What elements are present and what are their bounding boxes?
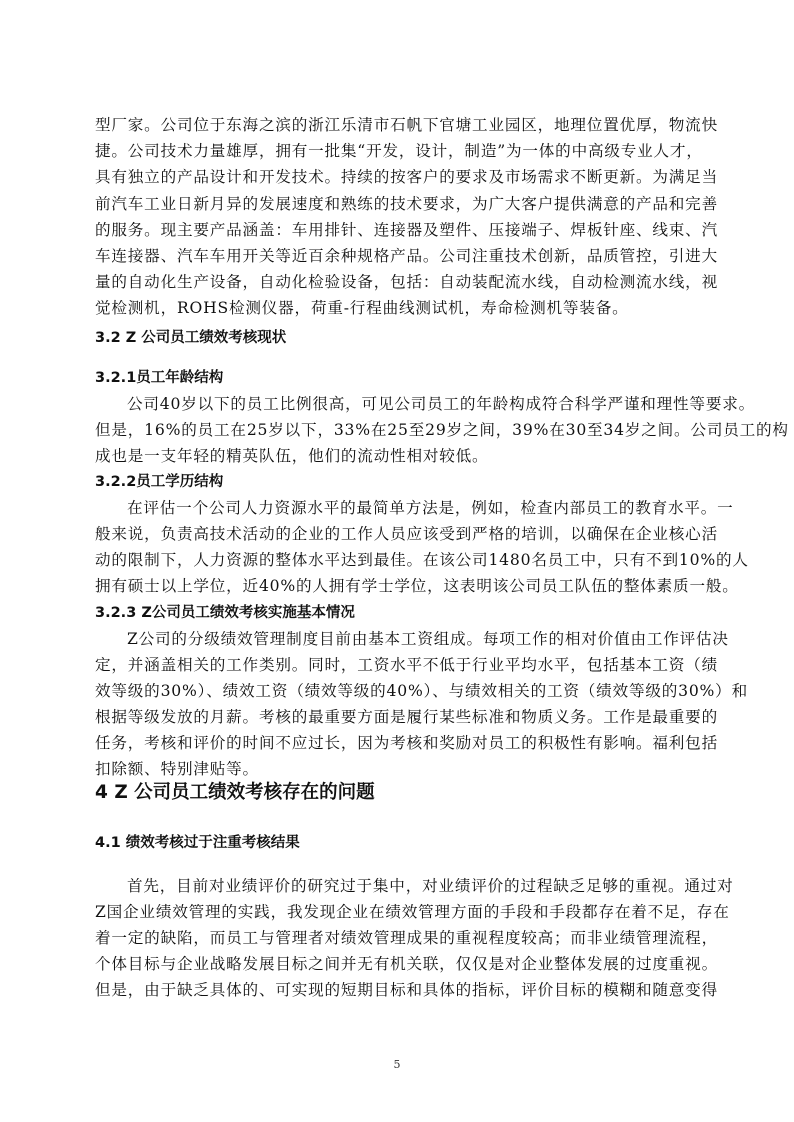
subsection-heading-4-1: 4.1 绩效考核过于注重考核结果: [95, 833, 300, 853]
body-text-line: 着一定的缺陷，而员工与管理者对绩效管理成果的重视程度较高；而非业绩管理流程，: [95, 928, 718, 948]
subsection-heading-3-2-2: 3.2.2员工学历结构: [95, 472, 223, 492]
body-text-line: 具有独立的产品设计和开发技术。持续的按客户的要求及市场需求不断更新。为满足当: [95, 167, 718, 187]
section-heading-3-2: 3.2 Z 公司员工绩效考核现状: [95, 328, 286, 348]
body-text-line: 但是，16%的员工在25岁以下，33%在25至29岁之间，39%在30至34岁之…: [95, 420, 789, 440]
body-text-line: 在评估一个公司人力资源水平的最简单方法是，例如，检查内部员工的教育水平。一: [127, 498, 734, 518]
body-text-line: 型厂家。公司位于东海之滨的浙江乐清市石帆下官塘工业园区，地理位置优厚，物流快: [95, 115, 718, 135]
subsection-heading-3-2-3: 3.2.3 Z公司员工绩效考核实施基本情况: [95, 603, 355, 623]
page-number: 5: [0, 1058, 794, 1071]
body-text-line: 但是，由于缺乏具体的、可实现的短期目标和具体的指标，评价目标的模糊和随意变得: [95, 980, 718, 1000]
body-text-line: 般来说，负责高技术活动的企业的工作人员应该受到严格的培训，以确保在企业核心活: [95, 524, 718, 544]
body-text-line: 拥有硕士以上学位，近40%的人拥有学士学位，这表明该公司员工队伍的整体素质一般。: [95, 576, 739, 596]
body-text-line: 效等级的30%）、绩效工资（绩效等级的40%）、与绩效相关的工资（绩效等级的30…: [95, 681, 748, 701]
body-text-line: 前汽车工业日新月异的发展速度和熟练的技术要求，为广大客户提供满意的产品和完善: [95, 194, 718, 214]
body-text-line: 成也是一支年轻的精英队伍，他们的流动性相对较低。: [95, 446, 488, 466]
body-text-line: 首先，目前对业绩评价的研究过于集中，对业绩评价的过程缺乏足够的重视。通过对: [127, 876, 734, 896]
subsection-heading-3-2-1: 3.2.1员工年龄结构: [95, 368, 223, 388]
body-text-line: 任务，考核和评价的时间不应过长，因为考核和奖励对员工的积极性有影响。福利包括: [95, 733, 718, 753]
body-text-line: Z国企业绩效管理的实践，我发现企业在绩效管理方面的手段和手段都存在着不足，存在: [95, 902, 730, 922]
body-text-line: 公司40岁以下的员工比例很高，可见公司员工的年龄构成符合科学严谨和理性等要求。: [127, 394, 755, 414]
body-text-line: Z公司的分级绩效管理制度目前由基本工资组成。每项工作的相对价值由工作评估决: [127, 629, 729, 649]
body-text-line: 量的自动化生产设备，自动化检验设备，包括：自动装配流水线，自动检测流水线，视: [95, 272, 718, 292]
body-text-line: 动的限制下，人力资源的整体水平达到最佳。在该公司1480名员工中，只有不到10%…: [95, 550, 749, 570]
body-text-line: 车连接器、汽车车用开关等近百余种规格产品。公司注重技术创新，品质管控，引进大: [95, 246, 718, 266]
body-text-line: 定，并涵盖相关的工作类别。同时，工资水平不低于行业平均水平，包括基本工资（绩: [95, 655, 718, 675]
body-text-line: 扣除额、特别津贴等。: [95, 759, 259, 779]
body-text-line: 觉检测机，ROHS检测仪器，荷重-行程曲线测试机，寿命检测机等装备。: [95, 298, 629, 318]
body-text-line: 捷。公司技术力量雄厚，拥有一批集“开发，设计，制造”为一体的中高级专业人才，: [95, 141, 703, 161]
body-text-line: 根据等级发放的月薪。考核的最重要方面是履行某些标准和物质义务。工作是最重要的: [95, 707, 718, 727]
body-text-line: 个体目标与企业战略发展目标之间并无有机关联，仅仅是对企业整体发展的过度重视。: [95, 954, 718, 974]
chapter-heading-4: 4 Z 公司员工绩效考核存在的问题: [95, 781, 375, 805]
body-text-line: 的服务。现主要产品涵盖：车用排针、连接器及塑件、压接端子、焊板针座、线束、汽: [95, 220, 718, 240]
